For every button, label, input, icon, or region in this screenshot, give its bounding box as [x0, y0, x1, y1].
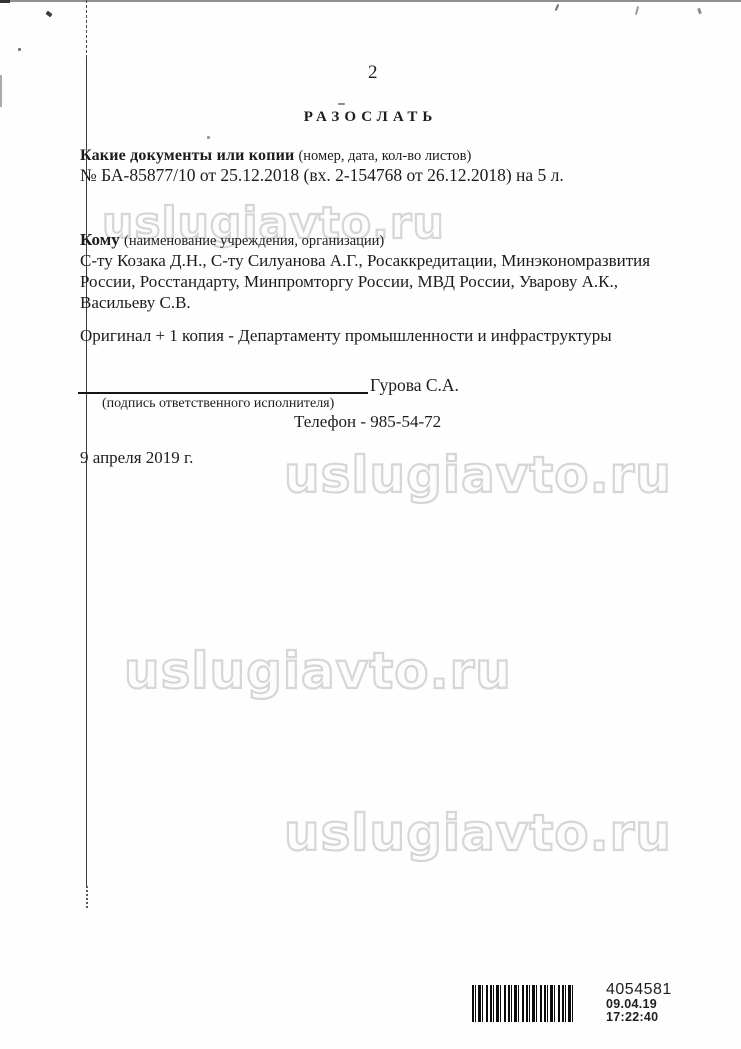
- scan-speck: [18, 48, 21, 51]
- scan-speck: [697, 8, 702, 15]
- recipients-hint: (наименование учреждения, организации): [124, 233, 384, 249]
- watermark-text: uslugiavto.ru: [124, 642, 512, 700]
- page-number: 2: [368, 62, 378, 84]
- recipient-line: С-ту Козака Д.Н., С-ту Силуанова А.Г., Р…: [80, 251, 650, 271]
- fold-line-dashed: [86, 0, 87, 58]
- fold-line-dotted-tail: [86, 886, 88, 908]
- signature-rule-line: [78, 376, 368, 394]
- documents-label: Какие документы или копии: [80, 147, 294, 164]
- registration-stamp: 4054581 09.04.19 17:22:40: [606, 981, 672, 1024]
- scan-speck: [207, 136, 210, 139]
- recipient-line: России, Росстандарту, Минпромторгу Росси…: [80, 272, 618, 292]
- stamp-number: 4054581: [606, 981, 672, 998]
- document-date: 9 апреля 2019 г.: [80, 448, 193, 468]
- recipients-label-row: Кому (наименование учреждения, организац…: [80, 230, 384, 250]
- documents-value: № БА-85877/10 от 25.12.2018 (вх. 2-15476…: [80, 165, 564, 186]
- scan-speck: [338, 103, 345, 105]
- scan-speck: [635, 6, 639, 15]
- documents-hint: (номер, дата, кол-во листов): [298, 148, 471, 164]
- recipients-label: Кому: [80, 230, 120, 249]
- recipient-line: Васильеву С.В.: [80, 293, 191, 313]
- phone-number: Телефон - 985-54-72: [294, 412, 441, 432]
- original-copy-line: Оригинал + 1 копия - Департаменту промыш…: [80, 326, 612, 346]
- documents-label-row: Какие документы или копии (номер, дата, …: [80, 147, 471, 165]
- scan-top-edge-dark-mark: [0, 0, 10, 3]
- scan-speck: [45, 11, 52, 18]
- left-edge-mark: [0, 75, 2, 107]
- barcode: [472, 985, 573, 1022]
- signature-caption: (подпись ответственного исполнителя): [102, 396, 334, 412]
- stamp-time: 17:22:40: [606, 1011, 672, 1024]
- watermark-text: uslugiavto.ru: [284, 804, 672, 862]
- scanned-document-page: uslugiavto.ru uslugiavto.ru uslugiavto.r…: [0, 0, 741, 1049]
- executor-name: Гурова С.А.: [370, 375, 459, 396]
- watermark-text: uslugiavto.ru: [284, 446, 672, 504]
- page-title: РАЗОСЛАТЬ: [0, 109, 741, 126]
- scan-top-edge-line: [0, 0, 741, 2]
- scan-speck: [555, 4, 560, 11]
